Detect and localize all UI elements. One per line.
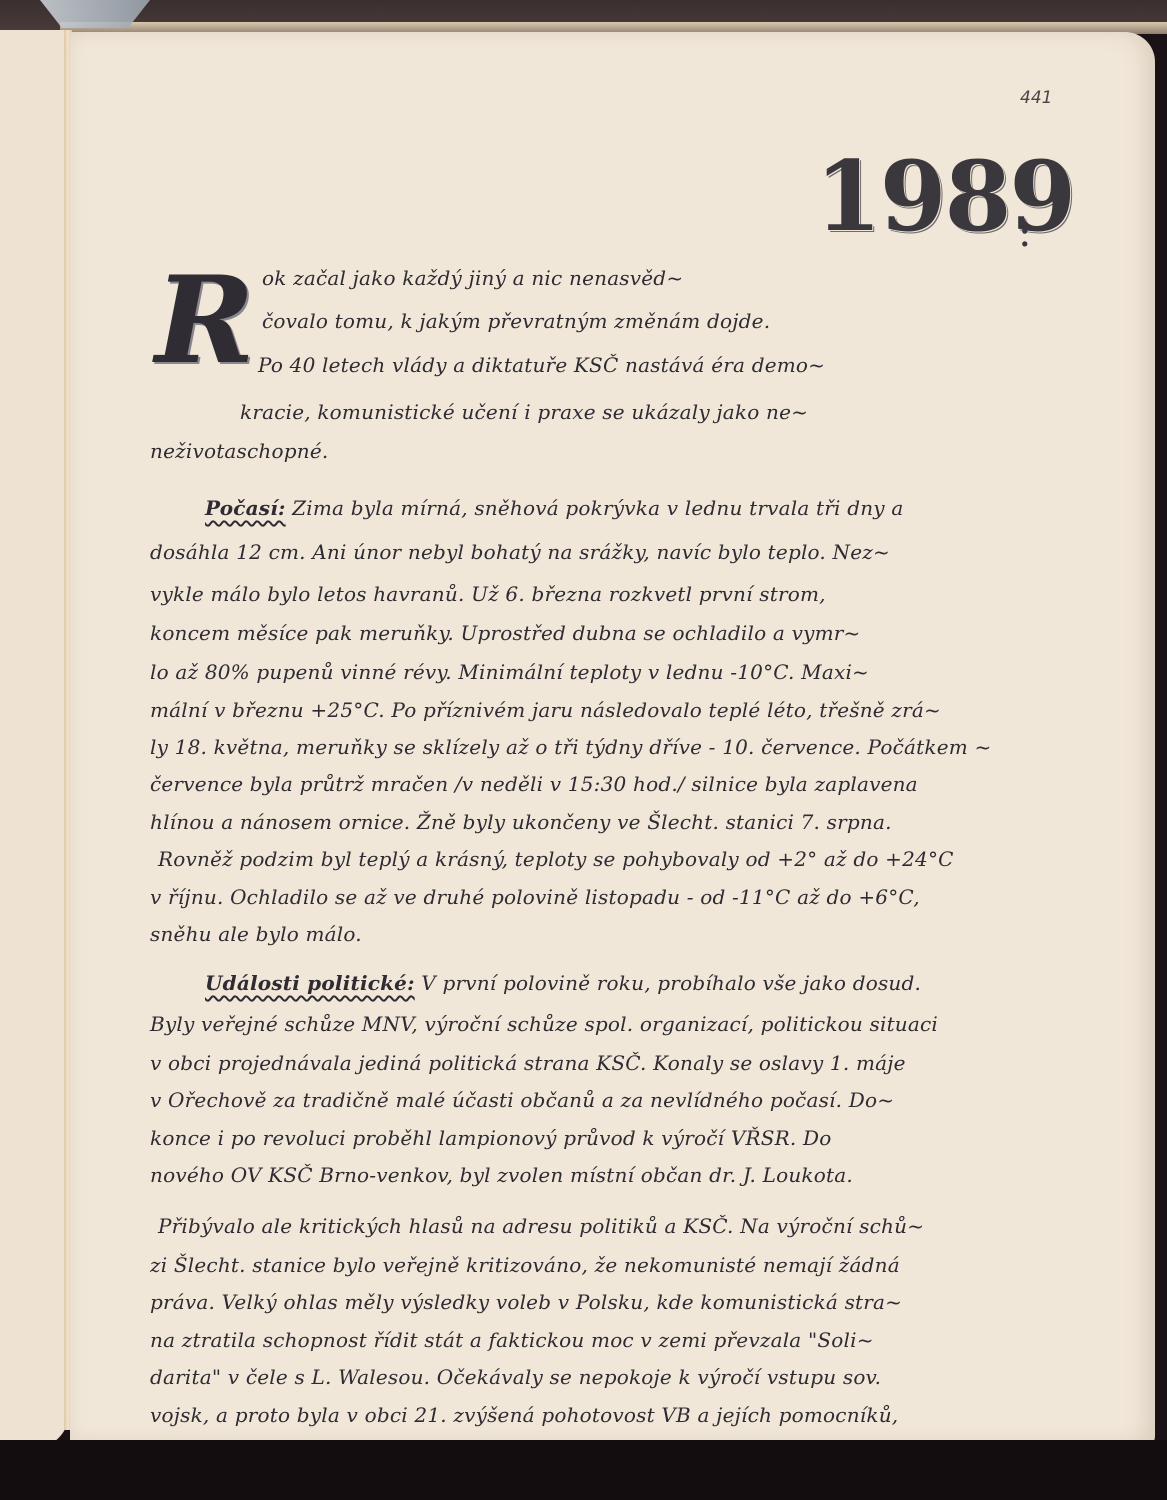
text-line: hlínou a nánosem ornice. Žně byly ukonče… xyxy=(150,810,892,834)
section-heading-line: Počasí: Zima byla mírná, sněhová pokrývk… xyxy=(205,496,903,520)
line-text: července byla průtrž mračen /v neděli v … xyxy=(150,772,918,796)
text-line: ly 18. května, meruňky se sklízely až o … xyxy=(150,735,991,759)
line-text: lo až 80% pupenů vinné révy. Minimální t… xyxy=(150,660,869,684)
book-bottom-edge xyxy=(0,1440,1167,1500)
line-text: Po 40 letech vlády a diktatuře KSČ nastá… xyxy=(258,353,825,377)
line-text: nového OV KSČ Brno-venkov, byl zvolen mí… xyxy=(150,1163,853,1187)
line-text: v obci projednávala jediná politická str… xyxy=(150,1051,906,1075)
text-line: Byly veřejné schůze MNV, výroční schůze … xyxy=(150,1012,938,1036)
line-text: kracie, komunistické učení i praxe se uk… xyxy=(240,400,808,424)
line-text: dosáhla 12 cm. Ani únor nebyl bohatý na … xyxy=(150,540,890,564)
text-line: darita" v čele s L. Walesou. Očekávaly s… xyxy=(150,1365,881,1389)
text-line: neživotaschopné. xyxy=(150,439,328,463)
line-text: mální v březnu +25°C. Po příznivém jaru … xyxy=(150,698,941,722)
line-text: ly 18. května, meruňky se sklízely až o … xyxy=(150,735,991,759)
line-text: konce i po revoluci proběhl lampionový p… xyxy=(150,1126,831,1150)
text-line: sněhu ale bylo málo. xyxy=(150,922,362,946)
section-heading-line: Události politické: V první polovině rok… xyxy=(205,971,921,995)
text-line: v obci projednávala jediná politická str… xyxy=(150,1051,906,1075)
line-text: Rovněž podzim byl teplý a krásný, teplot… xyxy=(158,847,954,871)
text-line: mální v březnu +25°C. Po příznivém jaru … xyxy=(150,698,941,722)
text-line: Rovněž podzim byl teplý a krásný, teplot… xyxy=(158,847,954,871)
line-text: Zima byla mírná, sněhová pokrývka v ledn… xyxy=(286,496,904,520)
text-line: Přibývalo ale kritických hlasů na adresu… xyxy=(158,1214,924,1238)
text-line: července byla průtrž mračen /v neděli v … xyxy=(150,772,918,796)
line-text: vykle málo bylo letos havranů. Už 6. bře… xyxy=(150,582,826,606)
decorated-initial: R xyxy=(155,250,255,391)
text-line: práva. Velký ohlas měly výsledky voleb v… xyxy=(150,1290,902,1314)
text-line: kracie, komunistické učení i praxe se uk… xyxy=(240,400,808,424)
line-text: V první polovině roku, probíhalo vše jak… xyxy=(415,971,921,995)
line-text: hlínou a nánosem ornice. Žně byly ukonče… xyxy=(150,810,892,834)
text-line: nového OV KSČ Brno-venkov, byl zvolen mí… xyxy=(150,1163,853,1187)
text-line: lo až 80% pupenů vinné révy. Minimální t… xyxy=(150,660,869,684)
line-text: vojsk, a proto byla v obci 21. zvýšená p… xyxy=(150,1403,898,1427)
text-line: čovalo tomu, k jakým převratným změnám d… xyxy=(262,309,770,333)
line-text: koncem měsíce pak meruňky. Uprostřed dub… xyxy=(150,621,860,645)
year-heading-colon: : xyxy=(1018,210,1031,256)
line-text: na ztratila schopnost řídit stát a fakti… xyxy=(150,1328,874,1352)
line-text: Přibývalo ale kritických hlasů na adresu… xyxy=(158,1214,924,1238)
line-text: darita" v čele s L. Walesou. Očekávaly s… xyxy=(150,1365,881,1389)
year-heading: 1989 xyxy=(815,140,1074,253)
line-text: v říjnu. Ochladilo se až ve druhé polovi… xyxy=(150,885,920,909)
line-text: čovalo tomu, k jakým převratným změnám d… xyxy=(262,309,770,333)
text-line: v Ořechově za tradičně malé účasti občan… xyxy=(150,1088,894,1112)
text-line: vykle málo bylo letos havranů. Už 6. bře… xyxy=(150,582,826,606)
line-text: sněhu ale bylo málo. xyxy=(150,922,362,946)
section-heading: Události politické: xyxy=(205,971,415,995)
text-line: v říjnu. Ochladilo se až ve druhé polovi… xyxy=(150,885,920,909)
text-line: na ztratila schopnost řídit stát a fakti… xyxy=(150,1328,874,1352)
text-line: zi Šlecht. stanice bylo veřejně kritizov… xyxy=(150,1253,900,1277)
line-text: Byly veřejné schůze MNV, výroční schůze … xyxy=(150,1012,938,1036)
text-line: dosáhla 12 cm. Ani únor nebyl bohatý na … xyxy=(150,540,890,564)
line-text: v Ořechově za tradičně malé účasti občan… xyxy=(150,1088,894,1112)
line-text: ok začal jako každý jiný a nic nenasvěd~ xyxy=(262,266,683,290)
text-line: Po 40 letech vlády a diktatuře KSČ nastá… xyxy=(258,353,825,377)
text-line: koncem měsíce pak meruňky. Uprostřed dub… xyxy=(150,621,860,645)
left-page xyxy=(0,30,70,1450)
section-heading: Počasí: xyxy=(205,496,286,520)
line-text: práva. Velký ohlas měly výsledky voleb v… xyxy=(150,1290,902,1314)
line-text: neživotaschopné. xyxy=(150,439,328,463)
text-line: vojsk, a proto byla v obci 21. zvýšená p… xyxy=(150,1403,898,1427)
text-line: konce i po revoluci proběhl lampionový p… xyxy=(150,1126,831,1150)
line-text: zi Šlecht. stanice bylo veřejně kritizov… xyxy=(150,1253,900,1277)
text-line: ok začal jako každý jiný a nic nenasvěd~ xyxy=(262,266,683,290)
page-number: 441 xyxy=(1020,88,1052,108)
